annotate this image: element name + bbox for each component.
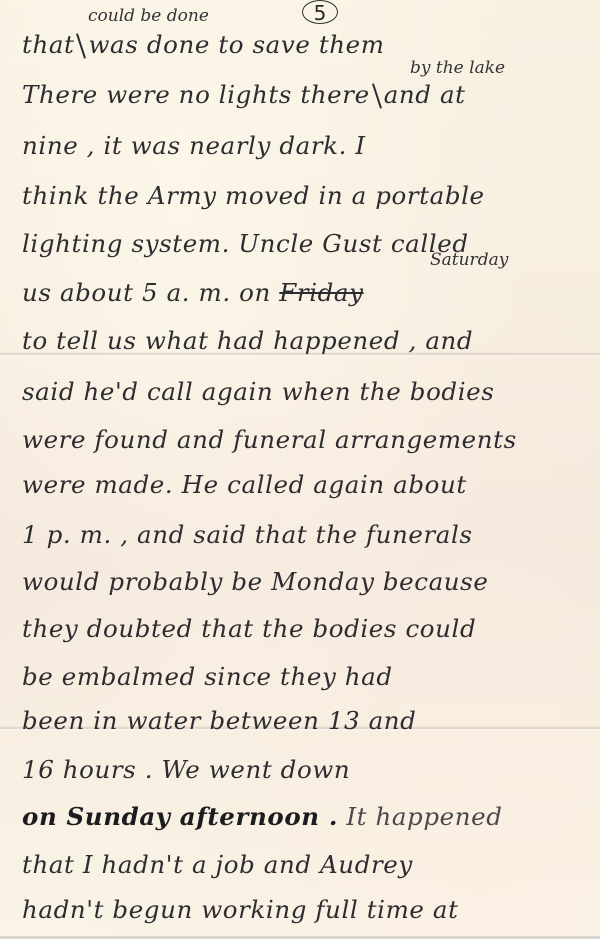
line-text: There were no lights there (22, 80, 370, 109)
letter-line-6: us about 5 a. m. on Friday (22, 278, 364, 307)
insertion-caret-icon (372, 83, 382, 108)
line-text: It happened (338, 802, 503, 831)
insertion-by-the-lake: by the lake (410, 58, 505, 78)
letter-line-4: think the Army moved in a portable (22, 181, 485, 210)
letter-line-9: were found and funeral arrangements (22, 425, 517, 454)
letter-line-15: been in water between 13 and (22, 706, 416, 735)
letter-line-5: lighting system. Uncle Gust called (22, 229, 469, 258)
insertion-could-be-done: could be done (88, 6, 209, 26)
insertion-caret-icon (77, 33, 87, 58)
line-text: on Sunday afternoon . (22, 802, 338, 831)
letter-line-2: There were no lights thereand at (22, 80, 466, 109)
line-text: us about 5 a. m. on (22, 278, 279, 307)
letter-line-18: that I hadn't a job and Audrey (22, 850, 413, 879)
line-text: and at (384, 80, 466, 109)
letter-line-1: thatwas done to save them (22, 30, 385, 59)
line-text: was done to save them (88, 30, 384, 59)
letter-page: 5 could be done by the lake Saturday tha… (0, 0, 600, 939)
letter-line-10: were made. He called again about (22, 470, 467, 499)
line-text: that (22, 30, 74, 59)
struck-word: Friday (279, 278, 363, 307)
letter-line-12: would probably be Monday because (22, 567, 488, 596)
letter-line-8: said he'd call again when the bodies (22, 377, 494, 406)
letter-line-14: be embalmed since they had (22, 662, 393, 691)
letter-line-11: 1 p. m. , and said that the funerals (22, 520, 473, 549)
page-number: 5 (302, 0, 338, 24)
letter-line-16: 16 hours . We went down (22, 755, 350, 784)
letter-line-13: they doubted that the bodies could (22, 614, 476, 643)
letter-line-19: hadn't begun working full time at (22, 895, 459, 924)
letter-line-17: on Sunday afternoon . It happened (22, 802, 502, 831)
letter-line-7: to tell us what had happened , and (22, 326, 473, 355)
letter-line-3: nine , it was nearly dark. I (22, 131, 366, 160)
